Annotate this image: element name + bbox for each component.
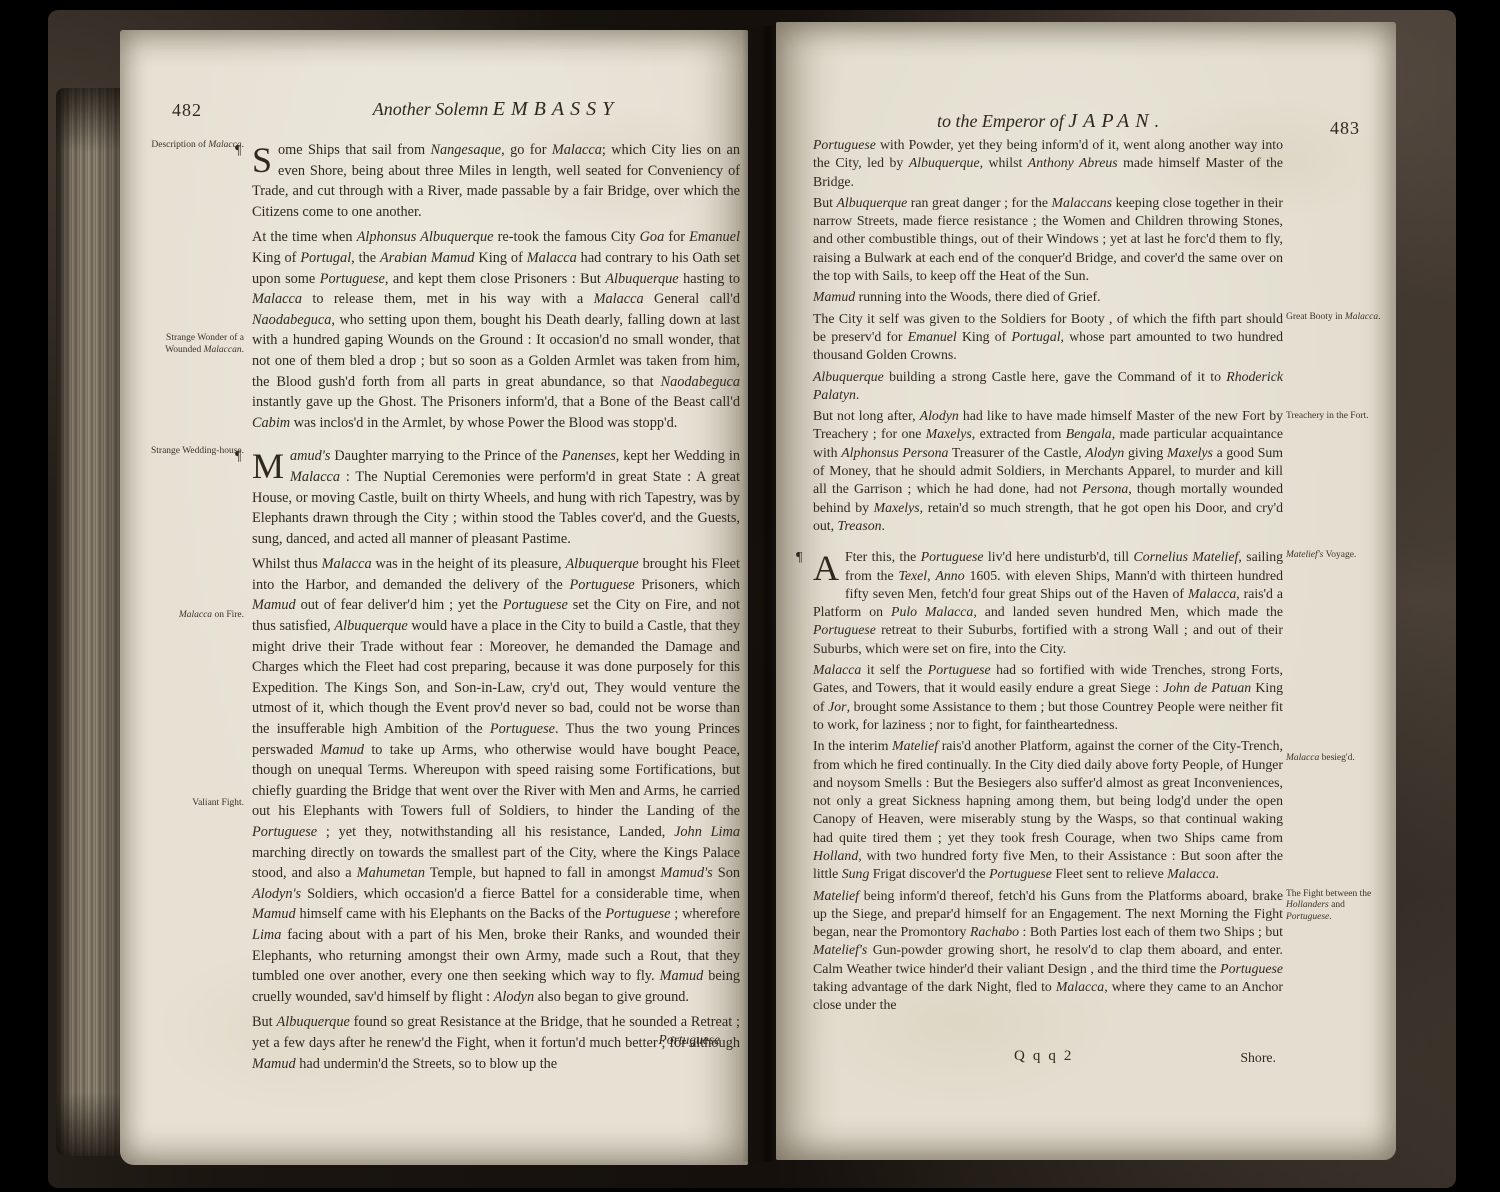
paragraph: But Albuquerque found so great Resistanc…	[120, 1012, 748, 1074]
paragraph-text: At the time when Alphonsus Albuquerque r…	[252, 227, 740, 433]
book: 482 Another Solemn EMBASSY ¶Some Ships t…	[48, 10, 1456, 1188]
paragraph-text: Mamud running into the Woods, there died…	[813, 288, 1283, 306]
running-title-emphasis: EMBASSY	[493, 98, 619, 120]
paragraph-text: But Albuquerque ran great danger ; for t…	[813, 194, 1283, 285]
paragraph: Whilst thus Malacca was in the height of…	[120, 554, 748, 1007]
left-page: 482 Another Solemn EMBASSY ¶Some Ships t…	[120, 30, 748, 1165]
paragraph: Matelief being inform'd thereof, fetch'd…	[776, 887, 1396, 1015]
paragraph: Albuquerque building a strong Castle her…	[776, 368, 1396, 405]
paragraph-text: Matelief being inform'd thereof, fetch'd…	[813, 887, 1283, 1015]
paragraph: The City it self was given to the Soldie…	[776, 310, 1396, 365]
paragraph-text: ¶AFter this, the Portuguese liv'd here u…	[813, 548, 1283, 658]
running-title-suffix: .	[1155, 111, 1160, 131]
page-edges-stack	[56, 88, 122, 1156]
drop-cap: A	[813, 548, 845, 586]
right-page: 483 to the Emperor of JAPAN. Portuguese …	[776, 22, 1396, 1160]
page-number-left: 482	[172, 100, 202, 121]
running-title-left: Another Solemn EMBASSY	[252, 98, 740, 121]
margin-note: Strange Wedding-house.	[144, 446, 244, 458]
running-title-emphasis: JAPAN	[1068, 110, 1154, 132]
margin-note: The Fight between the Hollanders and Por…	[1286, 889, 1384, 924]
paragraph: ¶Mamud's Daughter marrying to the Prince…	[120, 446, 748, 549]
catchword-right: Shore.	[1240, 1050, 1276, 1066]
paragraph: ¶Some Ships that sail from Nangesaque, g…	[120, 140, 748, 222]
paragraph-text: The City it self was given to the Soldie…	[813, 310, 1283, 365]
paragraph: But not long after, Alodyn had like to h…	[776, 407, 1396, 535]
paragraph-text: ¶Some Ships that sail from Nangesaque, g…	[252, 140, 740, 222]
margin-note: Malacca on Fire.	[144, 610, 244, 622]
left-page-body: ¶Some Ships that sail from Nangesaque, g…	[120, 140, 748, 1079]
paragraph-text: In the interim Matelief rais'd another P…	[813, 737, 1283, 883]
running-title-prefix: to the Emperor of	[937, 111, 1068, 131]
paragraph: In the interim Matelief rais'd another P…	[776, 737, 1396, 883]
paragraph-text: But not long after, Alodyn had like to h…	[813, 407, 1283, 535]
paragraph: Portuguese with Powder, yet they being i…	[776, 136, 1396, 191]
pilcrow-mark: ¶	[796, 549, 802, 567]
margin-note: Matelief's Voyage.	[1286, 550, 1384, 562]
margin-note: Treachery in the Fort.	[1286, 411, 1384, 423]
margin-note: Valiant Fight.	[144, 798, 244, 810]
paragraph-text: Whilst thus Malacca was in the height of…	[252, 554, 740, 1007]
paragraph: At the time when Alphonsus Albuquerque r…	[120, 227, 748, 433]
margin-note: Great Booty in Malacca.	[1286, 312, 1384, 324]
running-title-right: to the Emperor of JAPAN.	[812, 110, 1284, 133]
paragraph-text: ¶Mamud's Daughter marrying to the Prince…	[252, 446, 740, 549]
drop-cap: S	[252, 140, 278, 178]
paragraph: Malacca it self the Portuguese had so fo…	[776, 661, 1396, 734]
margin-note: Description of Malacca.	[144, 140, 244, 152]
paragraph: Mamud running into the Woods, there died…	[776, 288, 1396, 306]
photo-background: { "colors": { "background": "#000000", "…	[0, 0, 1500, 1192]
catchword-left: Portuguese	[659, 1032, 721, 1048]
signature-mark: Qqq2	[1014, 1048, 1079, 1065]
margin-note: Malacca besieg'd.	[1286, 753, 1384, 765]
margin-note: Strange Wonder of a Wounded Malaccan.	[144, 333, 244, 356]
paragraph-text: Malacca it self the Portuguese had so fo…	[813, 661, 1283, 734]
drop-cap: M	[252, 446, 290, 484]
paragraph: But Albuquerque ran great danger ; for t…	[776, 194, 1396, 285]
right-page-body: Portuguese with Powder, yet they being i…	[776, 136, 1396, 1018]
paragraph: ¶AFter this, the Portuguese liv'd here u…	[776, 548, 1396, 658]
paragraph-text: Portuguese with Powder, yet they being i…	[813, 136, 1283, 191]
running-title-prefix: Another Solemn	[373, 99, 493, 119]
paragraph-text: Albuquerque building a strong Castle her…	[813, 368, 1283, 405]
